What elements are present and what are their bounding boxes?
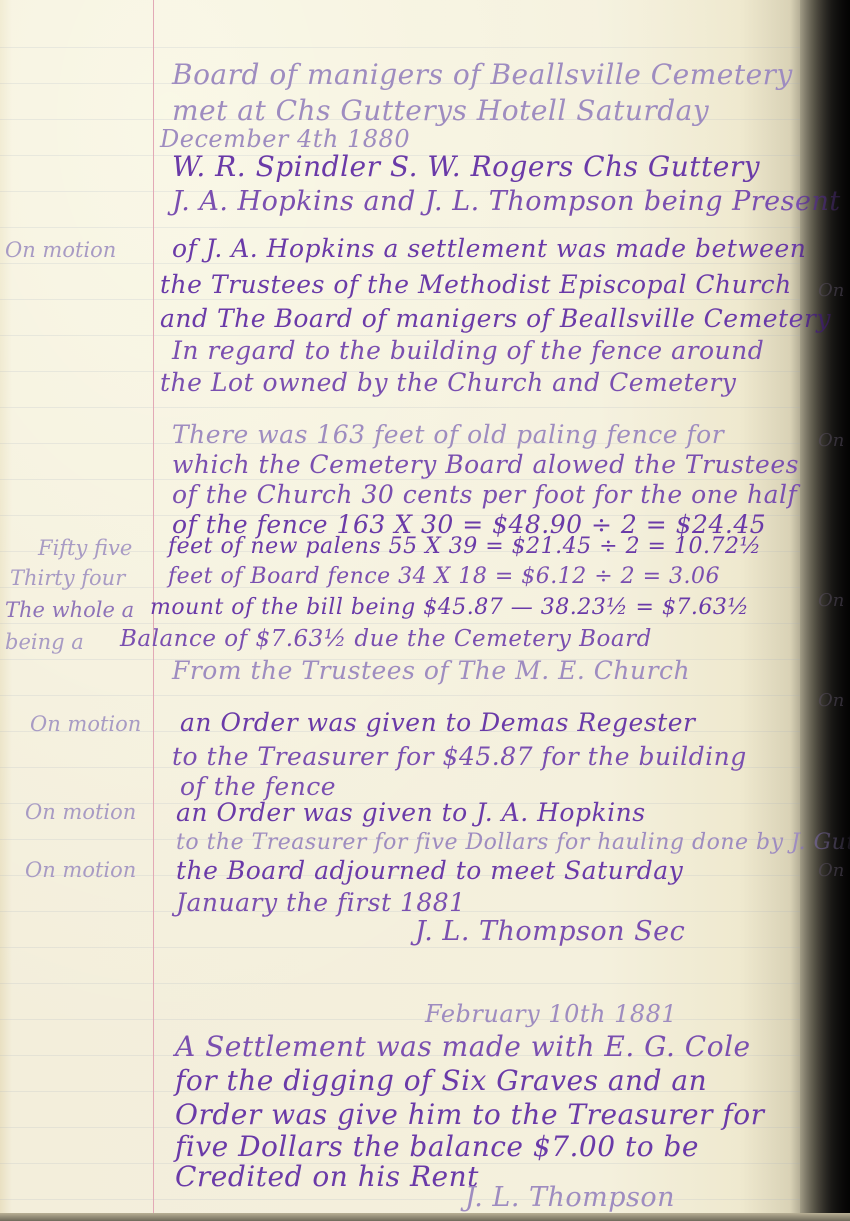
entry-2-line-4: five Dollars the balance $7.00 to be [175, 1130, 699, 1163]
page-bottom-edge [0, 1213, 850, 1221]
attendees-line-1: W. R. Spindler S. W. Rogers Chs Guttery [172, 150, 760, 183]
motion-4-line-1: the Board adjourned to meet Saturday [176, 856, 683, 885]
motion-1-line-1: of J. A. Hopkins a settlement was made b… [172, 234, 806, 263]
calc-5-text: From the Trustees of The M. E. Church [172, 656, 690, 685]
facing-page-fragment: On [818, 430, 844, 451]
calc-4-text: Balance of $7.63½ due the Cemetery Board [120, 626, 652, 652]
calc-2-text: feet of Board fence 34 X 18 = $6.12 ÷ 2 … [168, 564, 720, 589]
minutes-heading-line-1: Board of manigers of Beallsville Cemeter… [172, 58, 793, 91]
facing-page-fragment: On [818, 280, 844, 301]
motion-3-line-2: to the Treasurer for five Dollars for ha… [176, 830, 850, 855]
entry-2-line-3: Order was give him to the Treasurer for [175, 1098, 765, 1131]
entry-2-line-2: for the digging of Six Graves and an [175, 1064, 707, 1097]
secretary-signature: J. L. Thompson Sec [415, 916, 685, 947]
motion-3-line-1: an Order was given to J. A. Hopkins [176, 798, 646, 827]
motion-4-line-2: January the first 1881 [176, 888, 466, 917]
fence-account-line-3: of the Church 30 cents per foot for the … [172, 480, 797, 509]
entry-2-line-5: Credited on his Rent [175, 1160, 479, 1193]
fence-account-line-1: There was 163 feet of old paling fence f… [172, 420, 724, 449]
margin-label-motion-3: On motion [25, 800, 136, 824]
attendees-line-2: J. A. Hopkins and J. L. Thompson being P… [172, 186, 841, 217]
calc-1-margin: Fifty five [38, 536, 132, 560]
margin-label-motion-1: On motion [5, 238, 116, 262]
calc-2-margin: Thirty four [10, 566, 125, 590]
ledger-page: Board of manigers of Beallsville Cemeter… [0, 0, 850, 1221]
facing-page-fragment: On [818, 590, 844, 611]
entry-2-date: February 10th 1881 [425, 1000, 677, 1028]
margin-label-motion-4: On motion [25, 858, 136, 882]
motion-1-line-2: the Trustees of the Methodist Episcopal … [160, 270, 792, 299]
motion-2-line-1: an Order was given to Demas Regester [180, 708, 695, 737]
motion-1-line-5: the Lot owned by the Church and Cemetery [160, 368, 736, 397]
motion-2-line-2: to the Treasurer for $45.87 for the buil… [172, 742, 747, 771]
entry-2-signature: J. L. Thompson [465, 1182, 675, 1213]
motion-2-line-3: of the fence [180, 772, 336, 801]
motion-1-line-4: In regard to the building of the fence a… [172, 336, 764, 365]
calc-4-margin: being a [5, 630, 84, 654]
calc-3-text: mount of the bill being $45.87 — 38.23½ … [150, 595, 749, 620]
meeting-date: December 4th 1880 [160, 125, 410, 153]
entry-2-line-1: A Settlement was made with E. G. Cole [175, 1030, 751, 1063]
minutes-heading-line-2: met at Chs Gutterys Hotell Saturday [172, 94, 709, 127]
calc-3-margin: The whole a [5, 598, 134, 622]
fence-account-line-2: which the Cemetery Board alowed the Trus… [172, 450, 799, 479]
facing-page-fragment: On [818, 860, 844, 881]
calc-1-text: feet of new palens 55 X 39 = $21.45 ÷ 2 … [168, 534, 761, 559]
margin-label-motion-2: On motion [30, 712, 141, 736]
motion-1-line-3: and The Board of manigers of Beallsville… [160, 304, 831, 333]
facing-page-fragment: On [818, 690, 844, 711]
